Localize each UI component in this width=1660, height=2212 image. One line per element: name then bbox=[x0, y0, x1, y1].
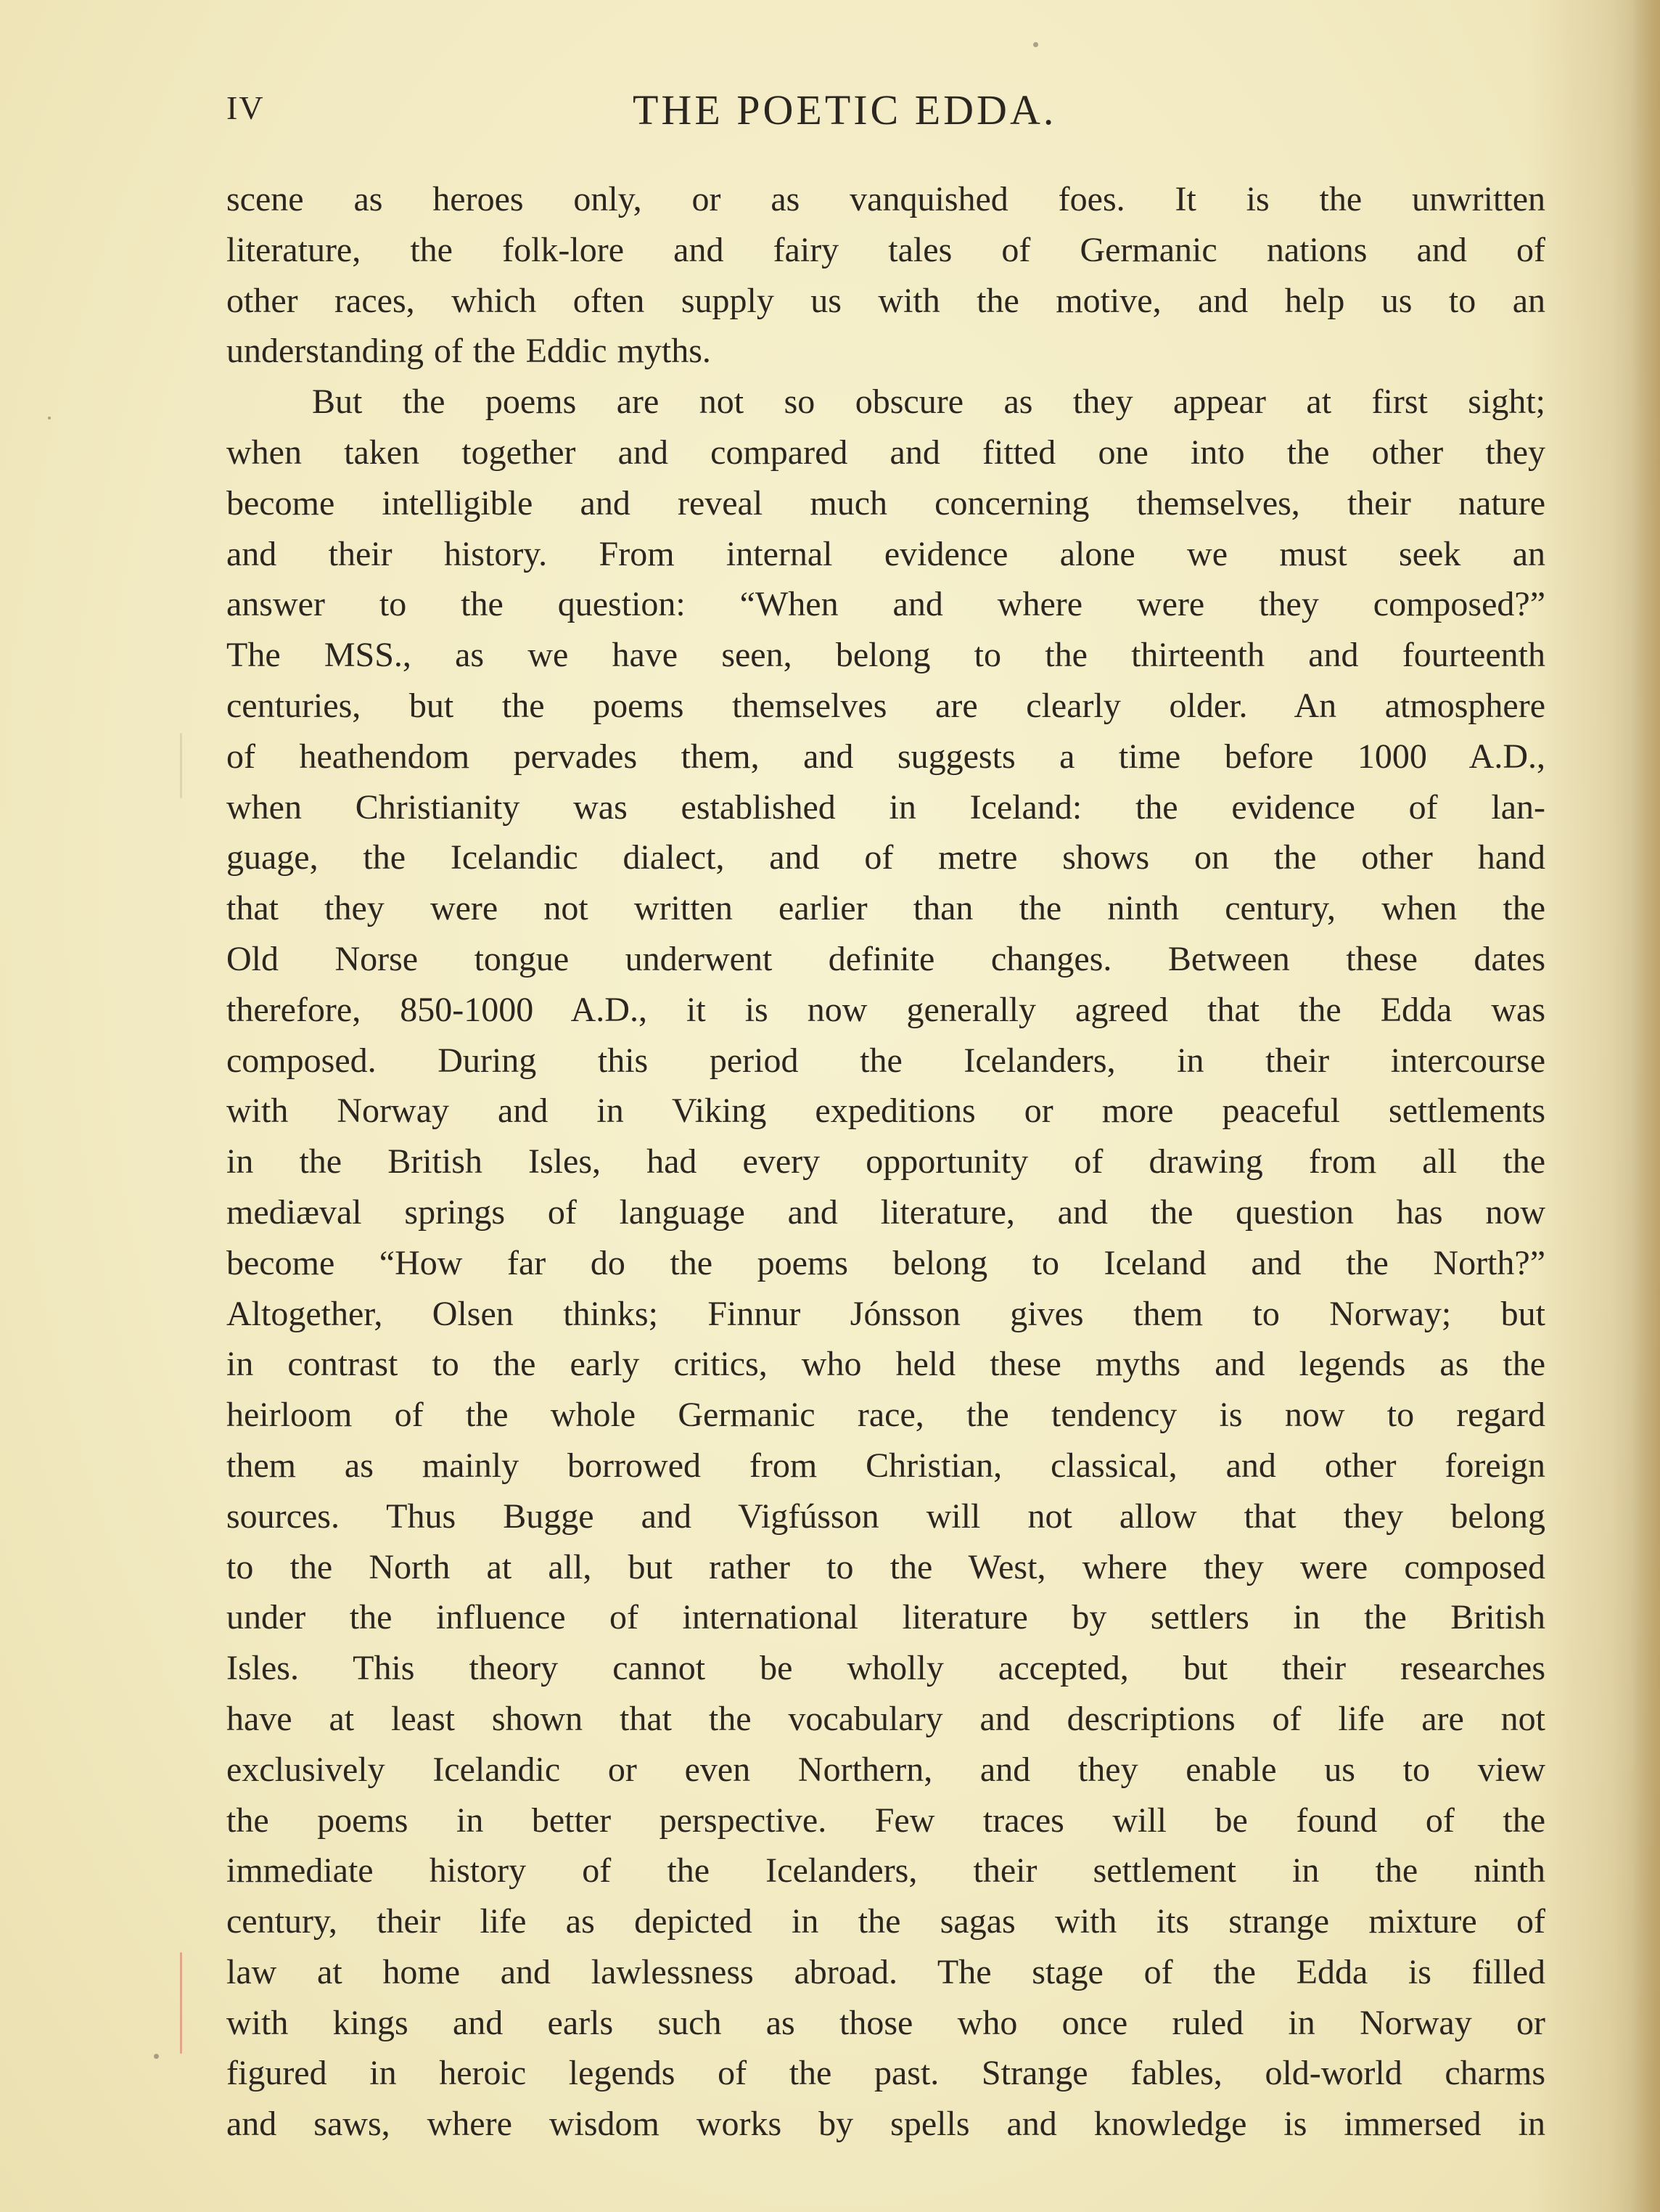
text-line: answer to the question: “When and where … bbox=[226, 579, 1545, 630]
text-line: when Christianity was established in Ice… bbox=[226, 782, 1545, 833]
text-line: therefore, 850-1000 A.D., it is now gene… bbox=[226, 985, 1545, 1036]
text-line: law at home and lawlessness abroad. The … bbox=[226, 1947, 1545, 1998]
text-line: guage, the Icelandic dialect, and of met… bbox=[226, 832, 1545, 883]
text-line: the poems in better perspective. Few tra… bbox=[226, 1795, 1545, 1846]
text-line: when taken together and compared and fit… bbox=[226, 427, 1545, 478]
text-line: and their history. From internal evidenc… bbox=[226, 529, 1545, 580]
text-line: centuries, but the poems themselves are … bbox=[226, 681, 1545, 732]
text-line: have at least shown that the vocabulary … bbox=[226, 1694, 1545, 1745]
margin-pencil-mark bbox=[180, 1952, 182, 2054]
text-line: immediate history of the Icelanders, the… bbox=[226, 1846, 1545, 1896]
text-line: understanding of the Eddic myths. bbox=[226, 326, 1545, 377]
book-page: IV THE POETIC EDDA. scene as heroes only… bbox=[0, 0, 1660, 2212]
text-line: heirloom of the whole Germanic race, the… bbox=[226, 1390, 1545, 1441]
text-line: mediæval springs of language and literat… bbox=[226, 1187, 1545, 1238]
text-line: other races, which often supply us with … bbox=[226, 276, 1545, 327]
text-line: them as mainly borrowed from Christian, … bbox=[226, 1441, 1545, 1491]
running-header: IV THE POETIC EDDA. bbox=[226, 86, 1545, 144]
paper-speck bbox=[1033, 42, 1038, 47]
text-line: become intelligible and reveal much conc… bbox=[226, 478, 1545, 529]
text-line: to the North at all, but rather to the W… bbox=[226, 1542, 1545, 1593]
text-line: under the influence of international lit… bbox=[226, 1592, 1545, 1643]
text-line: Isles. This theory cannot be wholly acce… bbox=[226, 1643, 1545, 1694]
text-line: in contrast to the early critics, who he… bbox=[226, 1339, 1545, 1390]
text-line: with kings and earls such as those who o… bbox=[226, 1998, 1545, 2049]
text-line: literature, the folk-lore and fairy tale… bbox=[226, 225, 1545, 276]
page-number: IV bbox=[226, 89, 265, 127]
text-line: that they were not written earlier than … bbox=[226, 883, 1545, 934]
text-line: composed. During this period the Iceland… bbox=[226, 1036, 1545, 1086]
text-line: exclusively Icelandic or even Northern, … bbox=[226, 1745, 1545, 1795]
text-line: of heathendom pervades them, and suggest… bbox=[226, 732, 1545, 782]
text-line: But the poems are not so obscure as they… bbox=[226, 377, 1545, 427]
text-line: The MSS., as we have seen, belong to the… bbox=[226, 630, 1545, 681]
text-line: sources. Thus Bugge and Vigfússon will n… bbox=[226, 1491, 1545, 1542]
text-line: with Norway and in Viking expeditions or… bbox=[226, 1086, 1545, 1136]
paper-speck bbox=[154, 2054, 159, 2059]
paper-speck bbox=[48, 417, 51, 419]
running-title: THE POETIC EDDA. bbox=[633, 86, 1056, 134]
text-line: become “How far do the poems belong to I… bbox=[226, 1238, 1545, 1289]
text-line: century, their life as depicted in the s… bbox=[226, 1896, 1545, 1947]
text-line: figured in heroic legends of the past. S… bbox=[226, 2048, 1545, 2099]
text-line: and saws, where wisdom works by spells a… bbox=[226, 2099, 1545, 2150]
text-line: Old Norse tongue underwent definite chan… bbox=[226, 934, 1545, 985]
text-line: in the British Isles, had every opportun… bbox=[226, 1136, 1545, 1187]
text-line: Altogether, Olsen thinks; Finnur Jónsson… bbox=[226, 1289, 1545, 1340]
text-line: scene as heroes only, or as vanquished f… bbox=[226, 174, 1545, 225]
body-text: scene as heroes only, or as vanquished f… bbox=[226, 174, 1545, 2150]
margin-pencil-mark bbox=[180, 733, 182, 798]
page-edge-shadow bbox=[1631, 0, 1660, 2212]
